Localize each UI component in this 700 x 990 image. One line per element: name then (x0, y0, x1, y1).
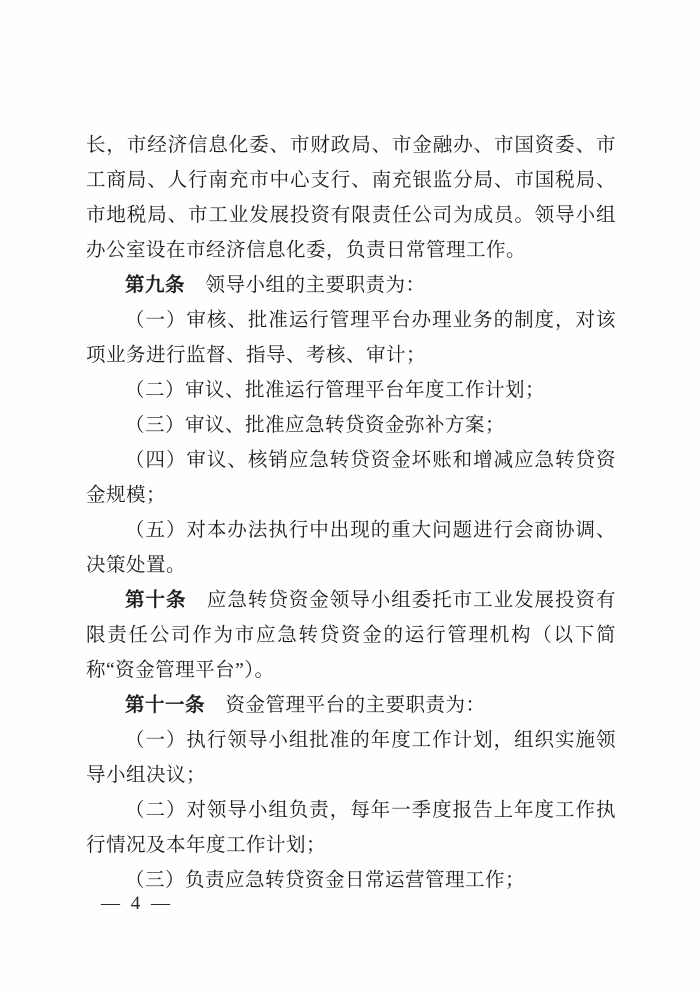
paragraph-item-2b: （二）对领导小组负责，每年一季度报告上年度工作执行情况及本年度工作计划； (86, 793, 616, 863)
paragraph-text: 长，市经济信息化委、市财政局、市金融办、市国资委、市工商局、人行南充市中心支行、… (86, 135, 616, 261)
page-footer: — 4 — (101, 893, 173, 915)
paragraph-text: （四）审议、核销应急转贷资金坏账和增减应急转贷资金规模； (86, 450, 616, 506)
paragraph-text: 领导小组的主要职责为： (205, 275, 425, 296)
paragraph-text: 资金管理平台的主要职责为： (225, 695, 485, 716)
paragraph-article-9: 第九条领导小组的主要职责为： (86, 268, 616, 303)
article-number: 第十一条 (125, 695, 205, 716)
paragraph-article-10: 第十条应急转贷资金领导小组委托市工业发展投资有限责任公司作为市应急转贷资金的运行… (86, 583, 616, 688)
document-page: 长，市经济信息化委、市财政局、市金融办、市国资委、市工商局、人行南充市中心支行、… (0, 0, 700, 990)
paragraph-continuation: 长，市经济信息化委、市财政局、市金融办、市国资委、市工商局、人行南充市中心支行、… (86, 128, 616, 268)
page-number: — 4 — (101, 893, 173, 914)
paragraph-item-2: （二）审议、批准运行管理平台年度工作计划； (86, 373, 616, 408)
paragraph-text: （二）审议、批准运行管理平台年度工作计划； (125, 380, 545, 401)
article-number: 第十条 (125, 590, 186, 611)
paragraph-text: （二）对领导小组负责，每年一季度报告上年度工作执行情况及本年度工作计划； (86, 800, 616, 856)
paragraph-item-3: （三）审议、批准应急转贷资金弥补方案； (86, 408, 616, 443)
paragraph-item-1: （一）审核、批准运行管理平台办理业务的制度，对该项业务进行监督、指导、考核、审计… (86, 303, 616, 373)
paragraph-item-5: （五）对本办法执行中出现的重大问题进行会商协调、决策处置。 (86, 513, 616, 583)
paragraph-item-1b: （一）执行领导小组批准的年度工作计划，组织实施领导小组决议； (86, 723, 616, 793)
paragraph-text: （三）审议、批准应急转贷资金弥补方案； (125, 415, 505, 436)
article-number: 第九条 (125, 275, 185, 296)
paragraph-text: （一）执行领导小组批准的年度工作计划，组织实施领导小组决议； (86, 730, 616, 786)
paragraph-text: （五）对本办法执行中出现的重大问题进行会商协调、决策处置。 (86, 520, 616, 576)
paragraph-item-4: （四）审议、核销应急转贷资金坏账和增减应急转贷资金规模； (86, 443, 616, 513)
paragraph-article-11: 第十一条资金管理平台的主要职责为： (86, 688, 616, 723)
document-body: 长，市经济信息化委、市财政局、市金融办、市国资委、市工商局、人行南充市中心支行、… (86, 128, 616, 898)
paragraph-text: （三）负责应急转贷资金日常运营管理工作； (125, 870, 525, 891)
paragraph-text: （一）审核、批准运行管理平台办理业务的制度，对该项业务进行监督、指导、考核、审计… (86, 310, 616, 366)
